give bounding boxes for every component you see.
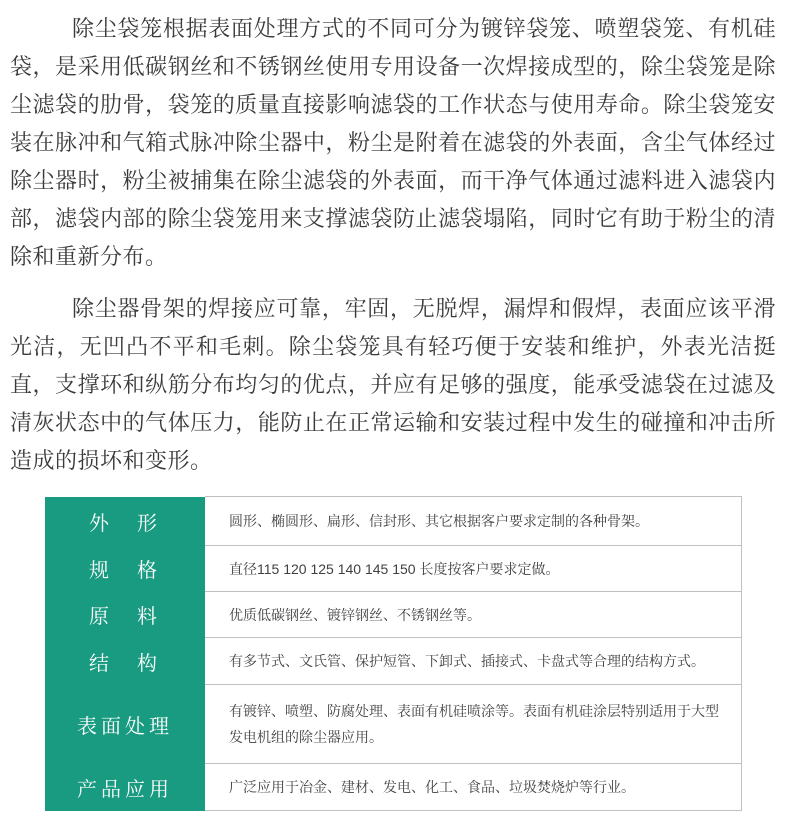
intro-paragraph-1: 除尘袋笼根据表面处理方式的不同可分为镀锌袋笼、喷塑袋笼、有机硅袋，是采用低碳钢丝… [10, 10, 776, 276]
spec-row-specification: 规 格 直径115 120 125 140 145 150 长度按客户要求定做。 [45, 546, 742, 592]
spec-label-structure-text: 结 构 [89, 653, 161, 675]
spec-value-surface-treatment: 有镀锌、喷塑、防腐处理、表面有机硅喷涂等。表面有机硅涂层特别适用于大型发电机组的… [205, 685, 742, 764]
spec-value-shape: 圆形、椭圆形、扁形、信封形、其它根据客户要求定制的各种骨架。 [205, 497, 742, 546]
spec-label-structure: 结 构 [45, 638, 205, 685]
spec-value-product-application: 广泛应用于冶金、建材、发电、化工、食品、垃圾焚烧炉等行业。 [205, 764, 742, 811]
product-description-document: 除尘袋笼根据表面处理方式的不同可分为镀锌袋笼、喷塑袋笼、有机硅袋，是采用低碳钢丝… [0, 0, 790, 811]
spec-row-product-application: 产品应用 广泛应用于冶金、建材、发电、化工、食品、垃圾焚烧炉等行业。 [45, 764, 742, 811]
spec-value-structure: 有多节式、文氏管、保护短管、下卸式、插接式、卡盘式等合理的结构方式。 [205, 638, 742, 685]
spec-value-raw-material: 优质低碳钢丝、镀锌钢丝、不锈钢丝等。 [205, 592, 742, 638]
spec-row-raw-material: 原 料 优质低碳钢丝、镀锌钢丝、不锈钢丝等。 [45, 592, 742, 638]
spec-label-shape: 外 形 [45, 497, 205, 546]
spec-value-specification: 直径115 120 125 140 145 150 长度按客户要求定做。 [205, 546, 742, 592]
spec-label-surface-treatment-text: 表面处理 [77, 716, 173, 738]
spec-row-structure: 结 构 有多节式、文氏管、保护短管、下卸式、插接式、卡盘式等合理的结构方式。 [45, 638, 742, 685]
spec-label-raw-material: 原 料 [45, 592, 205, 638]
intro-paragraph-2: 除尘器骨架的焊接应可靠，牢固，无脱焊，漏焊和假焊，表面应该平滑光洁，无凹凸不平和… [10, 290, 776, 480]
spec-row-shape: 外 形 圆形、椭圆形、扁形、信封形、其它根据客户要求定制的各种骨架。 [45, 497, 742, 546]
spec-label-shape-text: 外 形 [89, 513, 161, 535]
spec-label-specification: 规 格 [45, 546, 205, 592]
spec-label-specification-text: 规 格 [89, 560, 161, 582]
spec-label-product-application: 产品应用 [45, 764, 205, 811]
spec-label-raw-material-text: 原 料 [89, 606, 161, 628]
spec-row-surface-treatment: 表面处理 有镀锌、喷塑、防腐处理、表面有机硅喷涂等。表面有机硅涂层特别适用于大型… [45, 685, 742, 764]
spec-table: 外 形 圆形、椭圆形、扁形、信封形、其它根据客户要求定制的各种骨架。 规 格 直… [45, 496, 742, 811]
spec-label-product-application-text: 产品应用 [77, 779, 173, 801]
spec-label-surface-treatment: 表面处理 [45, 685, 205, 764]
